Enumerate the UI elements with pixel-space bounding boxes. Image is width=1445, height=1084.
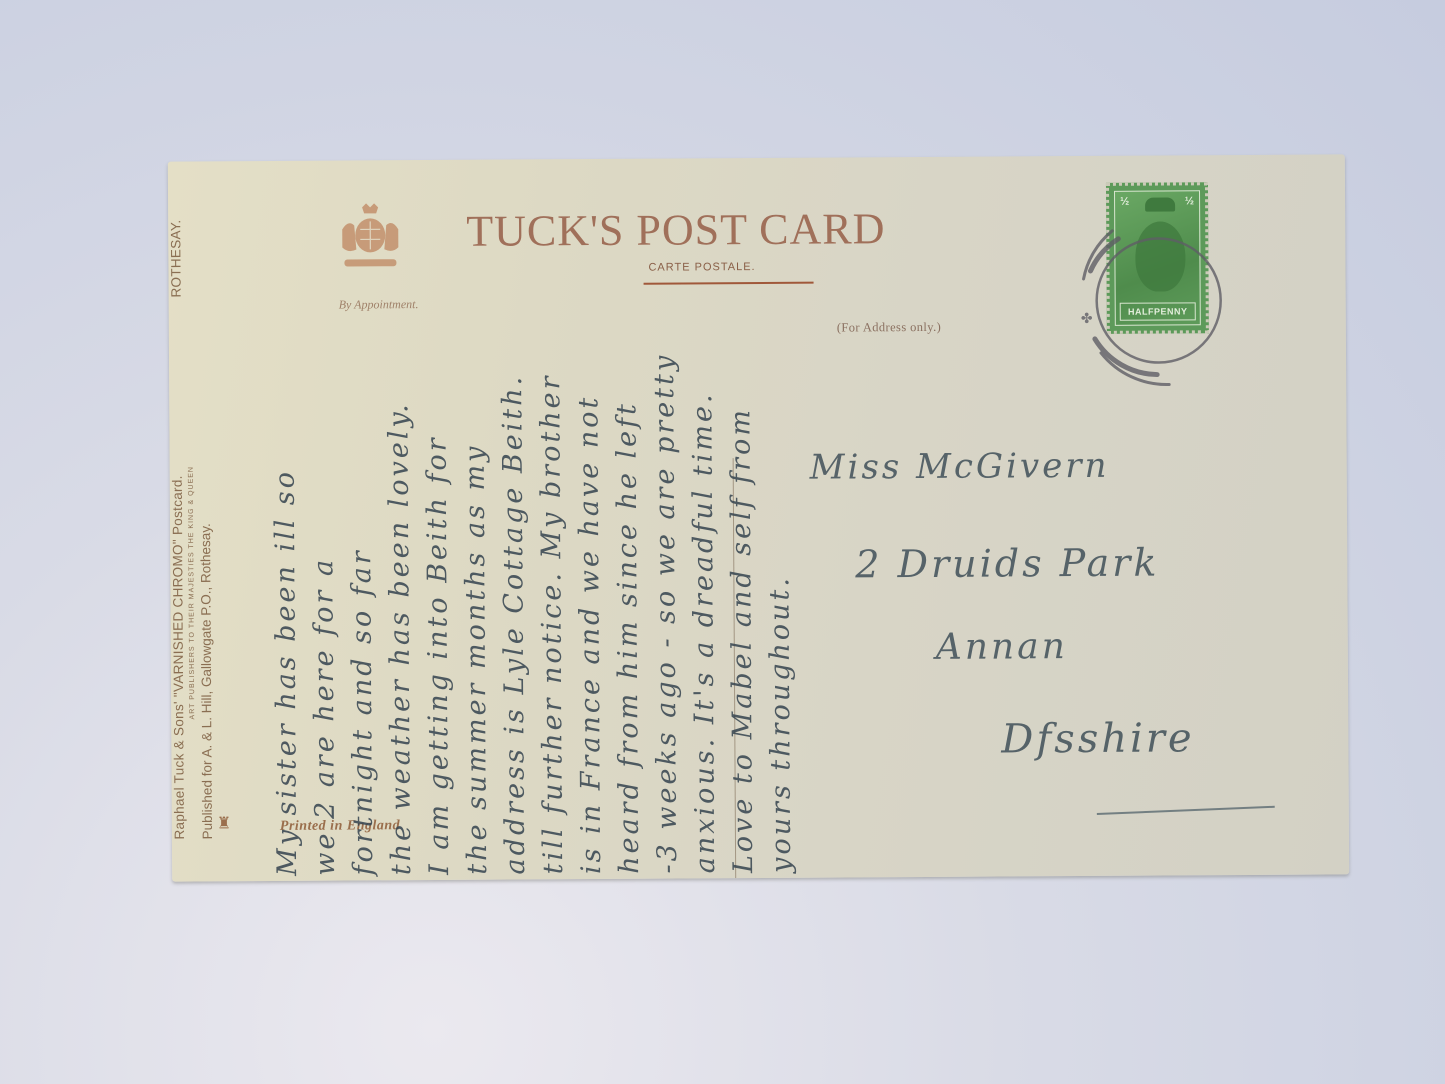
address-line: Dfsshire <box>1001 715 1195 762</box>
handwritten-message: My sister has been ill sowe 2 are here f… <box>268 173 812 876</box>
message-line: fortnight and so far <box>346 548 388 875</box>
crown-icon <box>1145 197 1175 211</box>
message-line: we 2 are here for a <box>308 557 350 876</box>
message-line: My sister has been ill so <box>270 469 312 876</box>
address-line: 2 Druids Park <box>855 541 1159 587</box>
easel-logo-icon: ♜ <box>217 813 233 833</box>
message-line: address is Lyle Cottage Beith. <box>497 374 540 875</box>
message-line: is in France and we have not <box>573 395 616 875</box>
postcard: Raphael Tuck & Sons' "VARNISHED CHROMO" … <box>168 154 1349 881</box>
message-line: the weather has been lovely. <box>383 401 426 875</box>
message-line: Love to Mabel and self from <box>725 407 768 873</box>
address-line: Annan <box>936 626 1068 668</box>
postage-stamp: ½ ½ HALFPENNY <box>1106 182 1209 334</box>
imprint-line-1: Raphael Tuck & Sons' "VARNISHED CHROMO" … <box>170 475 187 839</box>
message-line: yours throughout. <box>764 575 806 873</box>
stamp-value: HALFPENNY <box>1120 302 1196 320</box>
message-line: -3 weeks ago - so we are pretty <box>649 353 692 874</box>
publisher-imprint: Raphael Tuck & Sons' "VARNISHED CHROMO" … <box>168 219 248 839</box>
message-line: anxious. It's a dreadful time. <box>687 391 730 873</box>
imprint-line-3: Published for A. & L. Hill, Gallowgate P… <box>196 219 215 839</box>
handwritten-address <box>168 154 1345 161</box>
king-portrait-icon <box>1135 221 1185 291</box>
imprint-line-2: ART PUBLISHERS TO THEIR MAJESTIES THE KI… <box>186 219 197 839</box>
svg-text:✤: ✤ <box>1081 310 1093 326</box>
message-line: I am getting into Beith for <box>421 435 464 875</box>
stamp-denomination-left: ½ <box>1120 196 1129 208</box>
message-line: the summer months as my <box>460 444 503 875</box>
stamp-denomination-right: ½ <box>1185 195 1194 207</box>
address-only-label: (For Address only.) <box>837 320 941 336</box>
address-line: Miss McGivern <box>810 446 1110 488</box>
message-line: heard from him since he left <box>611 401 654 874</box>
imprint-location: ROTHESAY. <box>168 220 183 298</box>
address-underline <box>1097 806 1275 815</box>
message-line: till further notice. My brother <box>535 373 578 874</box>
